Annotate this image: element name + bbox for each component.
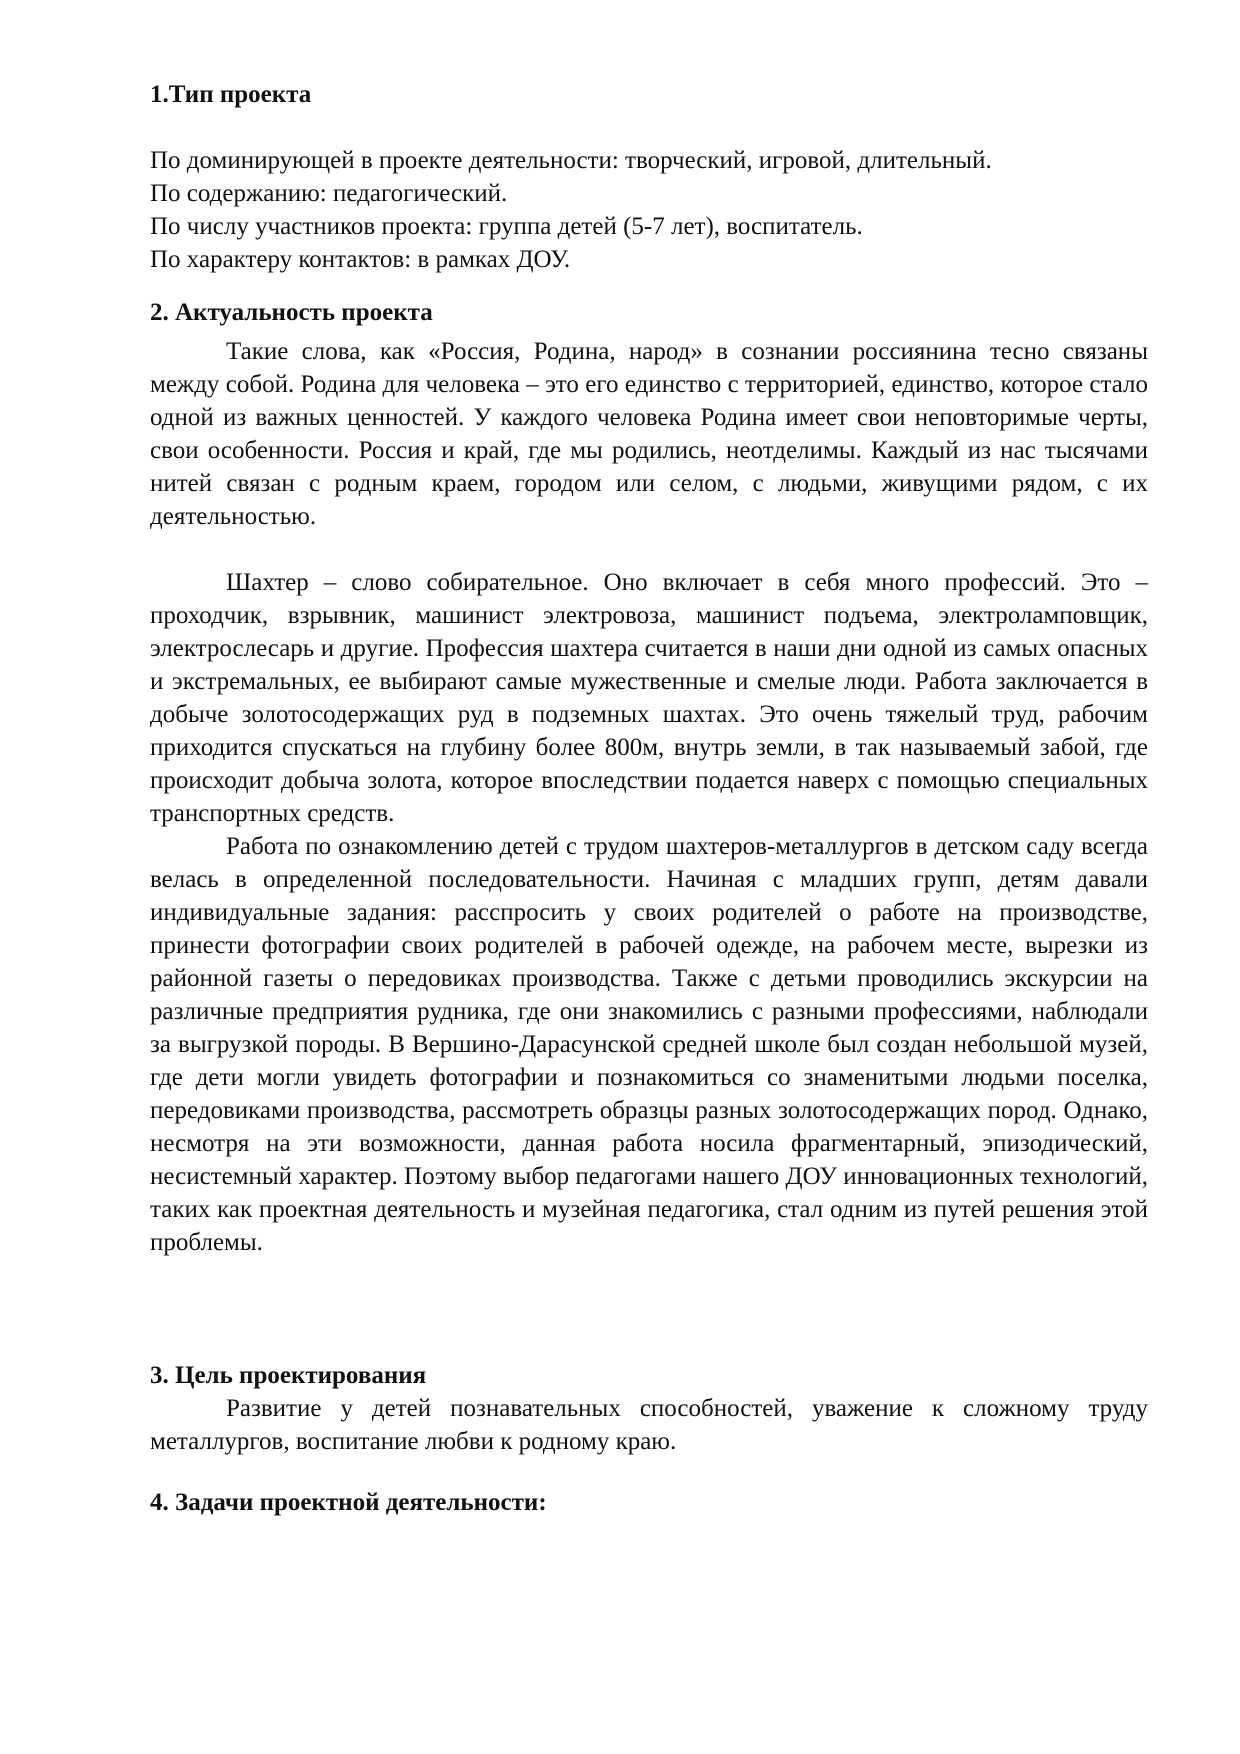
section-heading-tasks: 4. Задачи проектной деятельности: (150, 1486, 1148, 1519)
document-page: 1.Тип проекта По доминирующей в проекте … (150, 78, 1148, 1519)
section-heading-project-type: 1.Тип проекта (150, 78, 1148, 111)
section-heading-relevance: 2. Актуальность проекта (150, 296, 1148, 329)
project-type-line: По доминирующей в проекте деятельности: … (150, 144, 1148, 177)
relevance-paragraph: Работа по ознакомлению детей с трудом ша… (150, 830, 1148, 1259)
relevance-paragraph: Шахтер – слово собирательное. Оно включа… (150, 566, 1148, 830)
spacer (150, 111, 1148, 144)
project-type-line: По числу участников проекта: группа дете… (150, 210, 1148, 243)
spacer (150, 1458, 1148, 1486)
spacer (150, 1259, 1148, 1359)
goal-paragraph: Развитие у детей познавательных способно… (150, 1392, 1148, 1458)
project-type-line: По содержанию: педагогический. (150, 177, 1148, 210)
section-heading-goal: 3. Цель проектирования (150, 1359, 1148, 1392)
spacer (150, 533, 1148, 566)
relevance-paragraph: Такие слова, как «Россия, Родина, народ»… (150, 335, 1148, 533)
spacer (150, 276, 1148, 296)
project-type-line: По характеру контактов: в рамках ДОУ. (150, 243, 1148, 276)
